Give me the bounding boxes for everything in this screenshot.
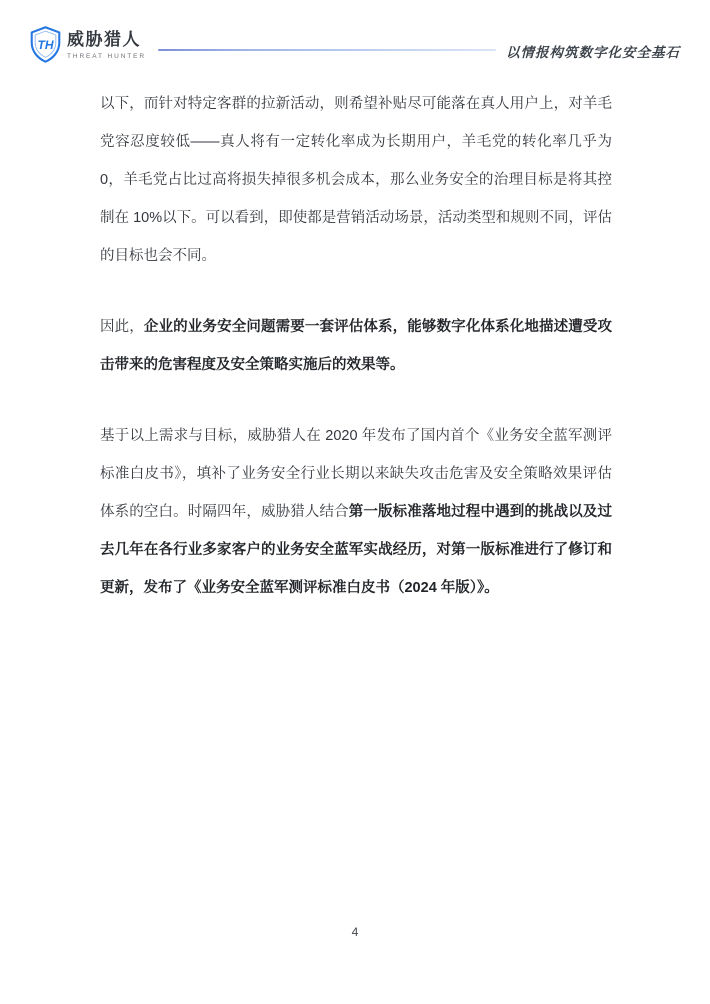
paragraph-text: 以下，而针对特定客群的拉新活动，则希望补贴尽可能落在真人用户上，对羊毛党容忍度较… [100, 96, 612, 264]
paragraph: 基于以上需求与目标，威胁猎人在 2020 年发布了国内首个《业务安全蓝军测评标准… [100, 417, 612, 607]
svg-text:TH: TH [37, 38, 53, 52]
brand-text: 威胁猎人 THREAT HUNTER [67, 29, 146, 60]
header-divider [158, 49, 496, 51]
brand-logo: TH 威胁猎人 THREAT HUNTER [30, 25, 146, 63]
brand-name-en: THREAT HUNTER [67, 53, 146, 60]
document-body: 以下，而针对特定客群的拉新活动，则希望补贴尽可能落在真人用户上，对羊毛党容忍度较… [100, 85, 612, 640]
paragraph-text-bold: 企业的业务安全问题需要一套评估体系，能够数字化体系化地描述遭受攻击带来的危害程度… [100, 319, 612, 373]
paragraph-text: 因此， [100, 319, 144, 335]
paragraph: 因此，企业的业务安全问题需要一套评估体系，能够数字化体系化地描述遭受攻击带来的危… [100, 308, 612, 384]
brand-name-cn: 威胁猎人 [67, 29, 146, 51]
page-header: TH 威胁猎人 THREAT HUNTER 以情报构筑数字化安全基石 [30, 25, 680, 65]
header-tagline: 以情报构筑数字化安全基石 [506, 41, 680, 61]
page-number: 4 [0, 925, 710, 939]
shield-logo-icon: TH [30, 26, 61, 63]
paragraph: 以下，而针对特定客群的拉新活动，则希望补贴尽可能落在真人用户上，对羊毛党容忍度较… [100, 85, 612, 275]
